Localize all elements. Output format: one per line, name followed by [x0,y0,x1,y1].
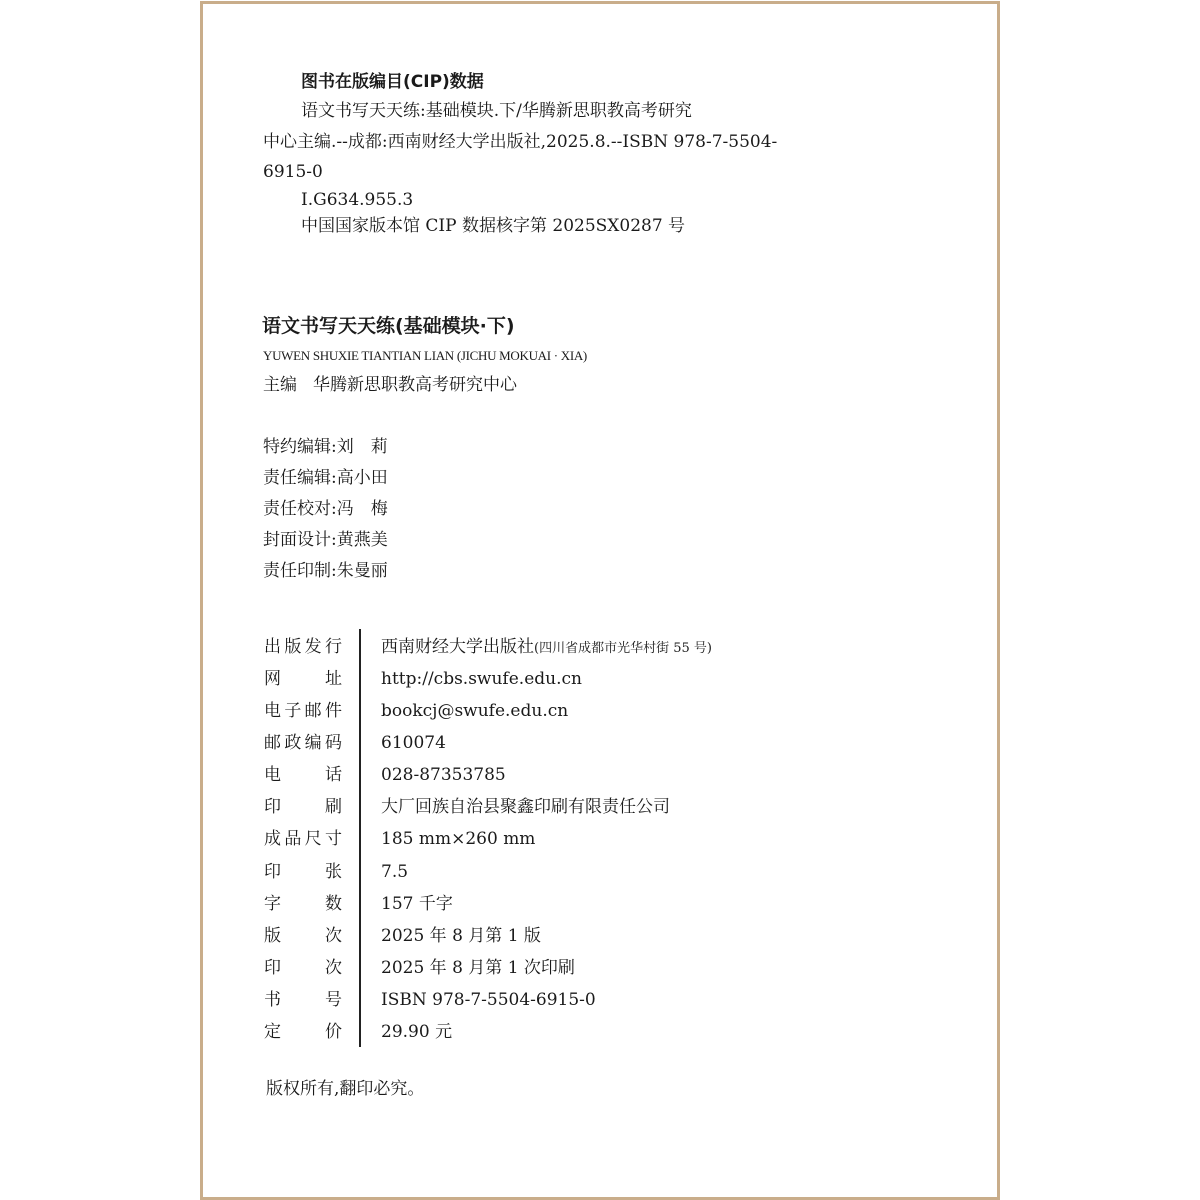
detail-label: 印刷 [264,797,342,817]
detail-label-char: 话 [325,765,342,785]
staff-role: 特约编辑 [263,437,331,457]
detail-value: 610074 [381,733,446,753]
detail-label-char: 址 [325,669,342,689]
detail-value-text: 157 千字 [381,894,453,914]
cip-verification-number: 中国国家版本馆 CIP 数据核字第 2025SX0287 号 [301,216,685,236]
detail-label: 定价 [264,1022,342,1042]
staff-row: 封面设计:黄燕美 [263,530,388,550]
detail-label: 印张 [264,862,342,882]
book-pinyin-title: YUWEN SHUXIE TIANTIAN LIAN (JICHU MOKUAI… [263,346,587,366]
cip-heading: 图书在版编目(CIP)数据 [301,72,484,92]
detail-value: 西南财经大学出版社(四川省成都市光华村街 55 号) [381,637,712,659]
detail-label-char: 次 [325,926,342,946]
detail-value: 028-87353785 [381,765,506,785]
cip-line-1: 语文书写天天练:基础模块.下/华腾新思职教高考研究 [301,101,692,121]
detail-label: 电子邮件 [264,701,342,721]
detail-value-text: 185 mm×260 mm [381,829,535,849]
detail-label-char: 印 [264,862,281,882]
detail-label-char: 数 [325,894,342,914]
detail-label-char: 刷 [325,797,342,817]
detail-label-char: 寸 [325,829,342,849]
detail-label-char: 行 [325,637,342,657]
detail-label-char: 尺 [305,829,322,849]
detail-note: (四川省成都市光华村街 55 号) [534,641,712,656]
detail-value: 2025 年 8 月第 1 次印刷 [381,958,575,978]
detail-value: 185 mm×260 mm [381,829,535,849]
staff-name: 黄燕美 [337,530,388,550]
detail-label-char: 件 [325,701,342,721]
detail-value: 157 千字 [381,894,453,914]
cip-classification: Ⅰ.G634.955.3 [301,190,413,210]
staff-role: 责任印制 [263,561,331,581]
detail-label-char: 号 [325,990,342,1010]
staff-row: 责任印制:朱曼丽 [263,561,388,581]
detail-label: 版次 [264,926,342,946]
detail-label-char: 次 [325,958,342,978]
detail-label-char: 政 [284,733,301,753]
detail-label-char: 印 [264,958,281,978]
detail-value: 2025 年 8 月第 1 版 [381,926,541,946]
detail-label-char: 网 [264,669,281,689]
cip-line-2: 中心主编.--成都:西南财经大学出版社,2025.8.--ISBN 978-7-… [263,132,777,152]
detail-value: http://cbs.swufe.edu.cn [381,669,582,689]
detail-value-text: 大厂回族自治县聚鑫印刷有限责任公司 [381,797,670,817]
detail-label: 成品尺寸 [264,829,342,849]
detail-value-text: 29.90 元 [381,1022,452,1042]
detail-label-char: 码 [325,733,342,753]
detail-label: 书号 [264,990,342,1010]
detail-label-char: 版 [284,637,301,657]
detail-label-char: 定 [264,1022,281,1042]
detail-value: 大厂回族自治县聚鑫印刷有限责任公司 [381,797,670,817]
table-divider [359,629,361,1047]
staff-row: 特约编辑:刘 莉 [263,437,388,457]
detail-value-text: ISBN 978-7-5504-6915-0 [381,990,596,1010]
detail-value-text: bookcj@swufe.edu.cn [381,701,568,721]
staff-name: 刘 莉 [337,437,388,457]
detail-label: 印次 [264,958,342,978]
detail-label: 邮政编码 [264,733,342,753]
detail-label: 网址 [264,669,342,689]
staff-name: 朱曼丽 [337,561,388,581]
detail-label-char: 书 [264,990,281,1010]
staff-row: 责任校对:冯 梅 [263,499,388,519]
detail-label-char: 出 [264,637,281,657]
detail-label-char: 邮 [264,733,281,753]
detail-value: ISBN 978-7-5504-6915-0 [381,990,596,1010]
detail-value: 29.90 元 [381,1022,452,1042]
cip-line-3: 6915-0 [263,162,323,182]
detail-label: 出版发行 [264,637,342,657]
detail-label-char: 价 [325,1022,342,1042]
detail-label-char: 版 [264,926,281,946]
detail-label-char: 字 [264,894,281,914]
detail-label-char: 邮 [305,701,322,721]
detail-value-text: 028-87353785 [381,765,506,785]
detail-label-char: 品 [284,829,301,849]
book-title: 语文书写天天练(基础模块·下) [262,316,515,336]
detail-label-char: 印 [264,797,281,817]
staff-name: 高小田 [337,468,388,488]
detail-label-char: 张 [325,862,342,882]
detail-label-char: 电 [264,701,281,721]
chief-editor: 华腾新思职教高考研究中心 [313,375,517,395]
detail-label: 字数 [264,894,342,914]
detail-value: 7.5 [381,862,408,882]
detail-value-text: 610074 [381,733,446,753]
detail-label-char: 编 [305,733,322,753]
detail-label-char: 子 [284,701,301,721]
detail-label: 电话 [264,765,342,785]
staff-row: 责任编辑:高小田 [263,468,388,488]
detail-value-text: 西南财经大学出版社 [381,637,534,657]
detail-label-char: 成 [264,829,281,849]
detail-label-char: 电 [264,765,281,785]
staff-role: 责任校对 [263,499,331,519]
copyright-notice: 版权所有,翻印必究。 [266,1079,424,1099]
staff-role: 封面设计 [263,530,331,550]
detail-value-text: 7.5 [381,862,408,882]
detail-value-text: 2025 年 8 月第 1 版 [381,926,541,946]
staff-role: 责任编辑 [263,468,331,488]
detail-value-text: 2025 年 8 月第 1 次印刷 [381,958,575,978]
detail-label-char: 发 [305,637,322,657]
staff-name: 冯 梅 [337,499,388,519]
chief-editor-label: 主编 [263,375,297,395]
detail-value-text: http://cbs.swufe.edu.cn [381,669,582,689]
detail-value: bookcj@swufe.edu.cn [381,701,568,721]
